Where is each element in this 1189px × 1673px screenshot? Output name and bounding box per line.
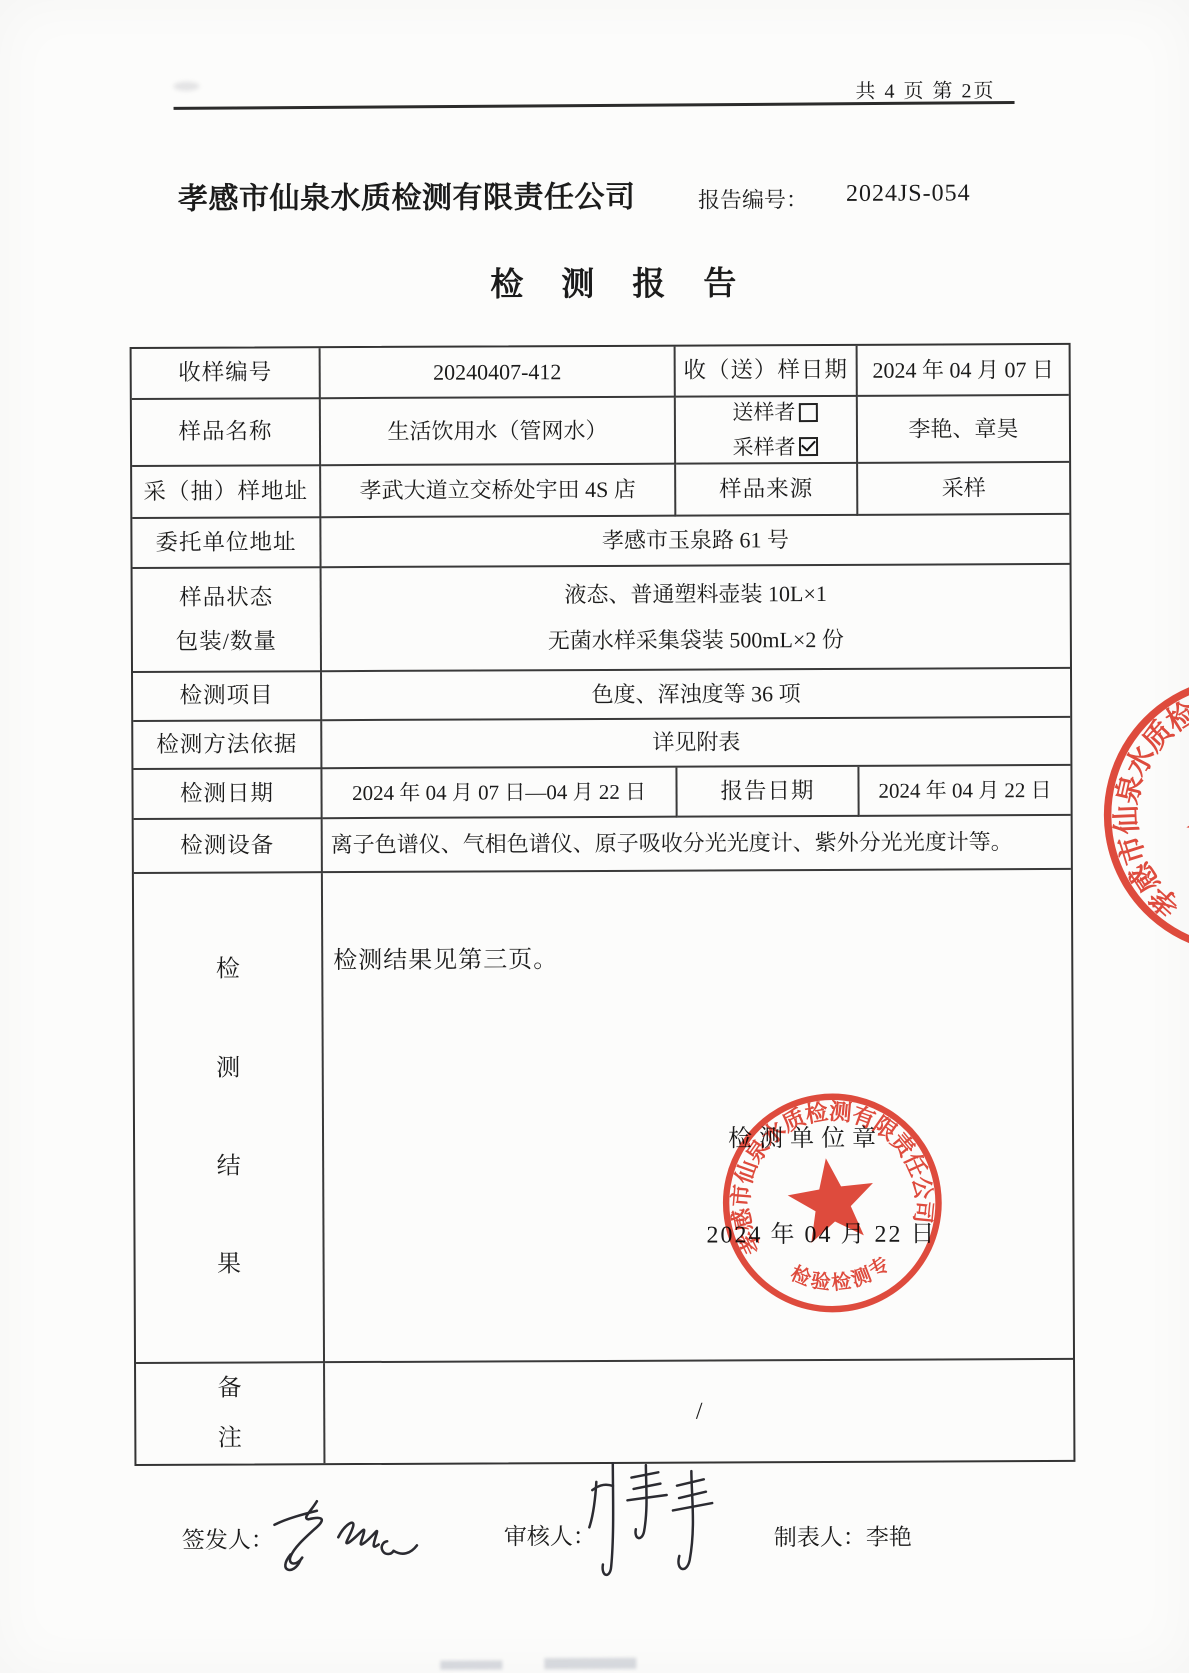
report-no-value: 2024JS-054 <box>846 180 971 208</box>
value-test-method: 详见附表 <box>322 718 1070 769</box>
scanned-sheet: 共 4 页 第 2页 孝感市仙泉水质检测有限责任公司 报告编号： 2024JS-… <box>0 0 1189 1673</box>
label-client-address: 委托单位地址 <box>132 518 321 569</box>
value-sample-state: 液态、普通塑料壶装 10L×1 无菌水样采集袋装 500mL×2 份 <box>322 565 1070 672</box>
value-sampling-address: 孝武大道立交桥处宇田 4S 店 <box>321 465 676 519</box>
label-report-date: 报告日期 <box>677 767 859 818</box>
report-table: 收样编号 20240407-412 收（送）样日期 2024 年 04 月 07… <box>130 343 1076 1466</box>
value-test-date: 2024 年 04 月 07 日—04 月 22 日 <box>322 768 677 820</box>
value-client-address: 孝感市玉泉路 61 号 <box>321 515 1069 568</box>
value-test-equipment: 离子色谱仪、气相色谱仪、原子吸收分光光度计、紫外分光光度计等。 <box>323 816 1071 873</box>
label-sample-name: 样品名称 <box>132 399 321 467</box>
reviewer-signature <box>581 1454 717 1610</box>
page-bleed-mark <box>440 1660 502 1669</box>
sample-state-value-line2: 无菌水样采集袋装 500mL×2 份 <box>548 625 844 656</box>
label-sample-state: 样品状态 包装/数量 <box>133 568 322 673</box>
seal-ring <box>1058 631 1189 1000</box>
value-sample-source: 采样 <box>858 463 1069 516</box>
cell-test-result: 检测结果见第三页。 检测单位章 2024 年 04 月 22 日 <box>323 870 1073 1363</box>
label-remarks: 备 注 <box>136 1363 325 1464</box>
header-rule <box>174 101 1015 109</box>
issuer-label: 签发人： <box>182 1521 274 1554</box>
sampler-label: 采样者 <box>732 433 795 462</box>
stamp-caption: 检测单位章 <box>728 1123 883 1156</box>
value-receipt-date: 2024 年 04 月 07 日 <box>858 345 1069 397</box>
stamp-date: 2024 年 04 月 22 日 <box>706 1219 936 1252</box>
value-remarks: / <box>325 1360 1073 1463</box>
label-test-date: 检测日期 <box>133 769 322 820</box>
sender-option: 送样者 <box>732 398 817 427</box>
test-result-note: 检测结果见第三页。 <box>333 944 558 977</box>
value-report-date: 2024 年 04 月 22 日 <box>859 766 1070 817</box>
label-test-result: 检 测 结 果 <box>134 873 325 1364</box>
preparer-label: 制表人： <box>774 1519 866 1552</box>
document-title: 检测报告 <box>490 257 774 305</box>
sample-state-value-line1: 液态、普通塑料壶装 10L×1 <box>564 579 826 610</box>
value-sampler-names: 李艳、章昊 <box>858 396 1069 464</box>
company-name: 孝感市仙泉水质检测有限责任公司 <box>178 172 636 218</box>
label-sample-receipt-no: 收样编号 <box>132 348 321 400</box>
report-no-label: 报告编号： <box>698 183 808 214</box>
value-test-items: 色度、浑浊度等 36 项 <box>322 669 1070 721</box>
value-sample-receipt-no: 20240407-412 <box>321 347 676 400</box>
page-bleed-mark <box>544 1658 636 1669</box>
label-receipt-date: 收（送）样日期 <box>676 346 858 398</box>
sample-state-line2: 包装/数量 <box>176 626 277 657</box>
report-page: 共 4 页 第 2页 孝感市仙泉水质检测有限责任公司 报告编号： 2024JS-… <box>0 0 1189 1673</box>
sample-state-line1: 样品状态 <box>179 582 273 613</box>
cell-sender-sampler: 送样者 采样者 <box>676 397 858 465</box>
test-result-char-1: 检 <box>216 954 240 986</box>
label-test-equipment: 检测设备 <box>134 819 323 874</box>
page-number-info: 共 4 页 第 2页 <box>855 74 1015 104</box>
test-result-char-2: 测 <box>216 1052 240 1084</box>
label-sampling-address: 采（抽）样地址 <box>132 466 321 519</box>
sender-label: 送样者 <box>732 398 795 427</box>
checkbox-checked-icon <box>798 437 817 456</box>
issuer-signature <box>262 1489 432 1582</box>
remarks-char-1: 备 <box>218 1372 242 1404</box>
remarks-char-2: 注 <box>218 1423 242 1455</box>
value-sample-name: 生活饮用水（管网水） <box>321 398 676 467</box>
label-test-items: 检测项目 <box>133 672 322 722</box>
label-test-method: 检测方法依据 <box>133 721 322 770</box>
checkbox-unchecked-icon <box>798 403 817 422</box>
test-result-char-4: 果 <box>217 1249 241 1281</box>
test-result-char-3: 结 <box>217 1151 241 1183</box>
seal-ring-text: 孝感市仙泉水质检测有限责任公司 <box>1063 635 1189 927</box>
label-sample-source: 样品来源 <box>676 464 858 517</box>
scan-smudge <box>173 82 199 91</box>
sampler-option: 采样者 <box>732 433 817 462</box>
preparer-name: 李艳 <box>866 1519 912 1552</box>
seal-star-icon <box>1166 738 1189 883</box>
